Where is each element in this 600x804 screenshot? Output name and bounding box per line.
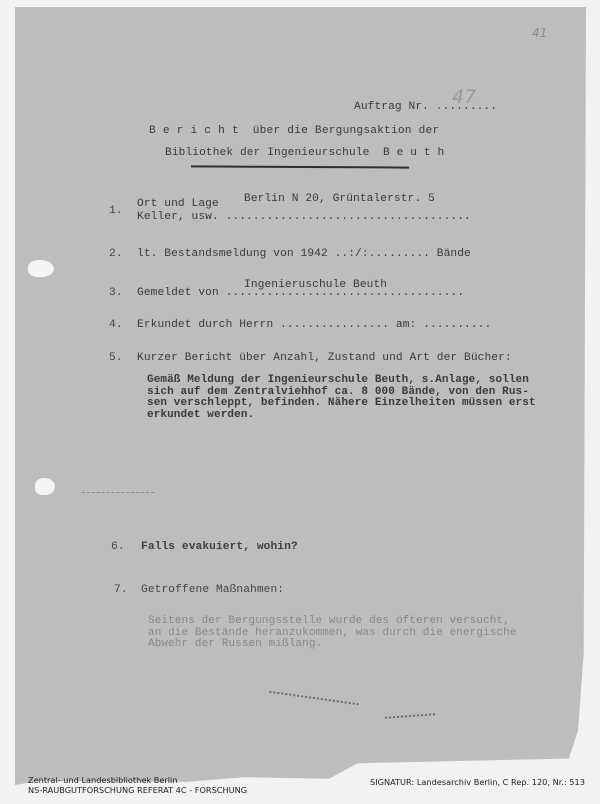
footer-department: NS-RAUBGUTFORSCHUNG REFERAT 4C - FORSCHU… <box>28 785 247 795</box>
item-2-label: lt. Bestandsmeldung von 1942 ..:/:......… <box>137 248 471 260</box>
item-3-value: Ingenieruschule Beuth <box>244 279 387 291</box>
item-7-body: Seitens der Bergungsstelle wurde des öft… <box>148 616 517 651</box>
archive-page-number: 41 <box>532 26 547 40</box>
item-5-label: Kurzer Bericht über Anzahl, Zustand und … <box>137 352 512 364</box>
report-subtitle: Bibliothek der Ingenieurschule B e u t h <box>165 147 444 159</box>
footer-institution: Zentral- und Landesbibliothek Berlin <box>28 775 177 785</box>
item-1-value: Berlin N 20, Grüntalerstr. 5 <box>244 193 435 205</box>
punch-hole <box>28 260 54 277</box>
report-title: B e r i c h t über die Bergungsaktion de… <box>149 125 439 137</box>
item-6-number: 6. <box>111 541 125 553</box>
item-5-number: 5. <box>109 352 123 364</box>
item-1-label: Ort und Lage <box>137 198 219 210</box>
stray-mark <box>82 492 154 493</box>
item-4-label: Erkundet durch Herrn ................ am… <box>137 319 491 331</box>
item-1-label-line2: Keller, usw. ...........................… <box>137 211 471 223</box>
item-6-label: Falls evakuiert, wohin? <box>141 541 298 553</box>
item-1-number: 1. <box>109 205 123 217</box>
item-2-number: 2. <box>109 248 123 260</box>
item-3-number: 3. <box>109 287 123 299</box>
order-number-label: Auftrag Nr. ......... <box>354 101 497 113</box>
item-4-number: 4. <box>109 319 123 331</box>
footer-signature: SIGNATUR: Landesarchiv Berlin, C Rep. 12… <box>370 777 585 787</box>
item-5-body: Gemäß Meldung der Ingenieurschule Beuth,… <box>147 375 536 421</box>
item-7-label: Getroffene Maßnahmen: <box>141 584 284 596</box>
punch-hole <box>35 478 55 495</box>
item-7-number: 7. <box>114 584 128 596</box>
